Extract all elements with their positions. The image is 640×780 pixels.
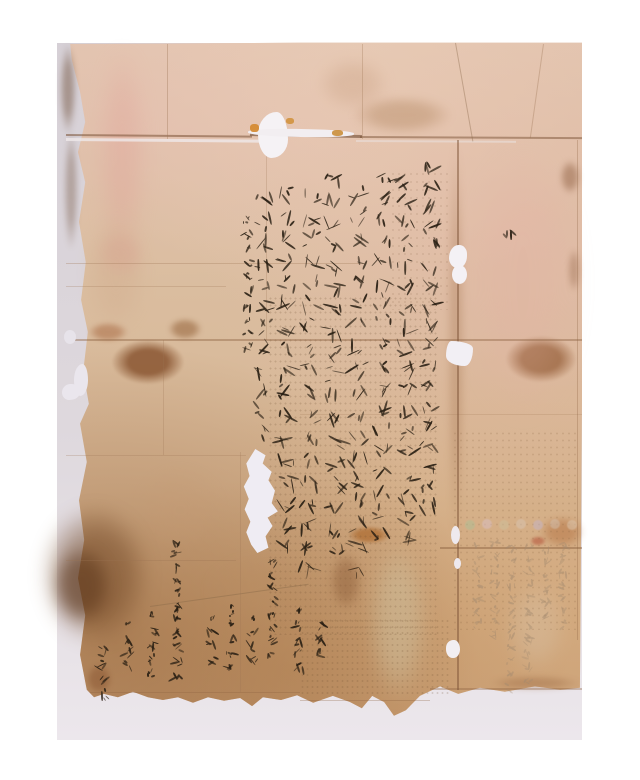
calligraphy-character [324,386,344,406]
calligraphy-character [276,492,296,512]
calligraphy-character [322,188,342,208]
signature-column [225,600,238,672]
signature-column [97,645,110,700]
calligraphy-character [374,250,393,269]
calligraphy-character [372,376,391,395]
calligraphy-character [298,558,318,578]
calligraphy-character [299,492,319,512]
calligraphy-character [326,540,346,560]
calligraphy-character [146,623,159,636]
calligraphy-character [397,359,416,378]
calligraphy-character [121,659,134,672]
calligraphy-character [209,612,217,620]
calligraphy-character [421,276,439,294]
calligraphy-character [124,618,132,626]
calligraphy-character [348,447,368,467]
calligraphy-character [326,518,346,538]
calligraphy-character [348,403,368,423]
vertical-text-column [242,215,254,353]
calligraphy-character [249,612,257,620]
calligraphy-character [326,496,346,516]
calligraphy-character [420,436,438,454]
vertical-text-column [252,190,273,440]
calligraphy-character [507,555,518,566]
calligraphy-character [370,523,389,542]
calligraphy-character [276,448,296,468]
calligraphy-character [395,233,414,252]
calligraphy-character [301,228,321,248]
calligraphy-character [242,215,254,227]
calligraphy-character [397,380,416,399]
calligraphy-character [121,645,134,658]
calligraphy-character [97,687,110,700]
calligraphy-character [146,651,159,664]
calligraphy-character [228,600,236,608]
calligraphy-character [507,542,518,553]
vertical-text-column [348,183,368,577]
calligraphy-character [324,342,344,362]
calligraphy-character [371,418,390,437]
calligraphy-character [558,553,569,564]
vertical-text-column [419,156,440,514]
calligraphy-character [348,381,368,401]
signature-column [121,618,134,672]
calligraphy-character [325,452,345,472]
calligraphy-character [420,396,438,414]
calligraphy-character [301,294,321,314]
calligraphy-character [326,474,346,494]
calligraphy-character [242,313,254,325]
calligraphy-character [490,564,501,575]
calligraphy-character [473,592,484,603]
calligraphy-character [397,401,416,420]
calligraphy-character [246,625,259,638]
calligraphy-character [323,276,343,296]
calligraphy-character [370,481,389,500]
calligraphy-character [395,191,414,210]
calligraphy-character [121,631,134,644]
signature-column [146,610,159,678]
calligraphy-character [505,630,516,641]
calligraphy-character [172,587,183,598]
vertical-text-column [298,184,321,578]
calligraphy-character [395,212,414,231]
calligraphy-character [171,668,184,681]
calligraphy-character [171,640,184,653]
calligraphy-character [267,595,278,606]
calligraphy-character [322,232,342,252]
calligraphy-character [276,272,296,292]
calligraphy-character [225,631,238,644]
ghost-showthrough-column [524,540,535,642]
calligraphy-character [298,536,318,556]
calligraphy-character [97,673,110,686]
calligraphy-character [422,156,440,174]
calligraphy-character [348,513,368,533]
calligraphy-character [293,661,306,674]
calligraphy-character [174,604,182,612]
calligraphy-character [302,184,322,204]
calligraphy-character [299,448,319,468]
calligraphy-character [348,491,368,511]
calligraphy-character [228,618,236,626]
calligraphy-character [396,275,415,294]
calligraphy-character [276,536,296,556]
calligraphy-character [541,583,552,594]
calligraphy-character [299,426,319,446]
calligraphy-character [293,647,306,660]
calligraphy-character [420,416,438,434]
calligraphy-character [225,645,238,658]
calligraphy-character [301,206,321,226]
calligraphy-character [524,605,535,616]
calligraphy-character [266,634,277,645]
calligraphy-character [396,338,415,357]
calligraphy-character [323,298,343,318]
calligraphy-character [246,639,259,652]
calligraphy-character [420,376,438,394]
calligraphy-character [266,621,277,632]
calligraphy-character [374,208,393,227]
calligraphy-character [490,577,501,588]
calligraphy-character [375,166,394,185]
calligraphy-character [171,574,182,585]
calligraphy-character [301,250,321,270]
calligraphy-character [276,470,296,490]
calligraphy-character [422,256,440,274]
calligraphy-character [97,659,110,672]
calligraphy-character [541,609,552,620]
calligraphy-character [396,296,415,315]
calligraphy-character [373,292,392,311]
signature-column [171,604,184,681]
calligraphy-character [242,271,254,283]
calligraphy-character [421,316,439,334]
calligraphy-character [397,443,416,462]
calligraphy-character [348,337,368,357]
calligraphy-character [300,316,320,336]
calligraphy-character [420,476,438,494]
calligraphy-character [276,404,296,424]
calligraphy-character [524,592,535,603]
calligraphy-character [490,590,501,601]
calligraphy-character [371,439,390,458]
calligraphy-character [174,613,182,621]
calligraphy-character [242,257,254,269]
calligraphy-character [296,606,304,614]
calligraphy-character [276,206,296,226]
calligraphy-character [276,250,296,270]
calligraphy-character [398,485,417,504]
calligraphy-character [267,582,278,593]
calligraphy-character [315,646,328,659]
calligraphy-character [490,629,501,640]
vertical-text-column [266,556,279,658]
calligraphy-character [473,540,484,551]
calligraphy-character [276,294,296,314]
calligraphy-character [276,360,296,380]
calligraphy-character [422,196,440,214]
calligraphy-character [395,170,414,189]
calligraphy-character [490,551,501,562]
calligraphy-character [505,643,516,654]
calligraphy-character [558,579,569,590]
signature-column [293,606,306,674]
calligraphy-character [473,605,484,616]
calligraphy-character [473,579,484,590]
calligraphy-character [558,566,569,577]
calligraphy-character [372,355,391,374]
calligraphy-character [254,295,273,314]
calligraphy-character [146,665,159,678]
calligraphy-character [315,618,328,631]
calligraphy-character [171,561,182,572]
calligraphy-character [171,548,182,559]
signature-column [315,618,328,659]
calligraphy-character [374,229,393,248]
calligraphy-character [421,336,439,354]
calligraphy-character [505,682,516,693]
calligraphy-character [370,502,389,521]
calligraphy-character [253,379,272,398]
ghost-showthrough-column [523,635,534,685]
calligraphy-character [254,190,273,209]
calligraphy-character [523,635,534,646]
calligraphy-character [398,506,417,525]
calligraphy-character [371,460,390,479]
calligraphy-character [276,316,296,336]
ghost-showthrough-column [505,630,516,693]
calligraphy-character [524,618,535,629]
calligraphy-character [300,404,320,424]
calligraphy-character [348,271,368,291]
calligraphy-character [541,570,552,581]
calligraphy-character [502,228,517,243]
calligraphy-character [242,327,254,339]
calligraphy-character [507,607,518,618]
calligraphy-character [523,648,534,659]
calligraphy-character [266,608,277,619]
calligraphy-character [473,553,484,564]
calligraphy-character [266,647,277,658]
calligraphy-character [301,272,321,292]
calligraphy-character [397,422,416,441]
calligraphy-character [348,205,368,225]
calligraphy-character [254,232,273,251]
calligraphy-character [558,592,569,603]
calligraphy-character [420,456,438,474]
calligraphy-character [300,382,320,402]
calligraphy-character [276,184,296,204]
calligraphy-character [348,227,368,247]
calligraphy-character [421,296,439,314]
calligraphy-character [293,619,306,632]
calligraphy-character [524,579,535,590]
calligraphy-character [171,654,184,667]
calligraphy-character [490,616,501,627]
signature-column [246,612,259,666]
calligraphy-character [398,527,417,546]
calligraphy-character [541,544,552,555]
calligraphy-character [246,653,259,666]
signature-column [206,612,219,666]
calligraphy-character [523,661,534,672]
calligraphy-character [149,610,157,618]
calligraphy-character [507,581,518,592]
calligraphy-character [473,566,484,577]
calligraphy-character [276,426,296,446]
calligraphy-character [325,408,345,428]
calligraphy-character [422,176,440,194]
calligraphy-character [323,320,343,340]
calligraphy-character [254,211,273,230]
calligraphy-character [206,639,219,652]
calligraphy-character [242,243,254,255]
calligraphy-character [422,216,440,234]
calligraphy-character [276,228,296,248]
calligraphy-character [267,556,278,567]
calligraphy-character [473,618,484,629]
calligraphy-character [541,557,552,568]
calligraphy-character [348,293,368,313]
calligraphy-character [348,535,368,555]
calligraphy-character [225,659,238,672]
calligraphy-character [523,674,534,685]
calligraphy-character [505,669,516,680]
calligraphy-character [253,337,272,356]
calligraphy-character [348,183,368,203]
calligraphy-character [348,557,368,577]
ghost-showthrough-column [490,538,501,640]
calligraphy-character [524,540,535,551]
calligraphy-character [490,603,501,614]
photo-of-old-japanese-document [0,0,640,780]
vertical-text-column [502,228,517,243]
calligraphy-character [348,425,368,445]
calligraphy-character [396,254,415,273]
calligraphy-character [206,625,219,638]
calligraphy-character [524,566,535,577]
calligraphy-character [97,645,110,658]
calligraphy-character [254,274,273,293]
calligraphy-character [146,637,159,650]
calligraphy-character [206,653,219,666]
calligraphy-character [300,360,320,380]
calligraphy-character [322,210,342,230]
calligraphy-character [524,553,535,564]
calligraphy-character [267,569,278,580]
calligraphy-character [321,166,341,186]
calligraphy-character [171,535,182,546]
ghost-showthrough-column [507,542,518,631]
calligraphy-character [419,496,437,514]
calligraphy-character [505,656,516,667]
calligraphy-character [507,568,518,579]
calligraphy-character [242,285,254,297]
calligraphy-character [293,633,306,646]
calligraphy-character [252,421,271,440]
calligraphy-character [348,315,368,335]
calligraphy-character [375,187,394,206]
calligraphy-character [558,605,569,616]
calligraphy-character [348,469,368,489]
calligraphy-character [541,596,552,607]
calligraphy-character [228,609,236,617]
calligraphy-character [171,626,184,639]
calligraphy-character [242,341,254,353]
calligraphy-character [242,229,254,241]
calligraphy-character [276,382,296,402]
vertical-text-column [276,184,296,556]
calligraphy-character [253,358,272,377]
calligraphy-character [558,540,569,551]
calligraphy-character [397,464,416,483]
calligraphy-character [490,538,501,549]
calligraphy-character [373,313,392,332]
calligraphy-character [324,364,344,384]
calligraphy-character [242,299,254,311]
calligraphy-character [254,253,273,272]
calligraphy-character [348,359,368,379]
calligraphy-character [373,271,392,290]
calligraphy-character [276,338,296,358]
vertical-text-column [395,170,417,546]
calligraphy-character [558,618,569,629]
calligraphy-character [325,430,345,450]
ghost-showthrough-column [541,544,552,620]
calligraphy-character [422,236,440,254]
calligraphy-character [315,632,328,645]
calligraphy-character [253,400,272,419]
calligraphy-character [299,470,319,490]
ghost-showthrough-column [558,540,569,629]
calligraphy-character [300,338,320,358]
calligraphy-character [373,334,392,353]
calligraphy-character [396,317,415,336]
ghost-showthrough-column [473,540,484,629]
calligraphy-character [421,356,439,374]
calligraphy-character [507,594,518,605]
calligraphy-character [322,254,342,274]
calligraphy-character [253,316,272,335]
calligraphy-character [276,514,296,534]
calligraphy-character [372,397,391,416]
calligraphy-character [348,249,368,269]
calligraphy-character [299,514,319,534]
